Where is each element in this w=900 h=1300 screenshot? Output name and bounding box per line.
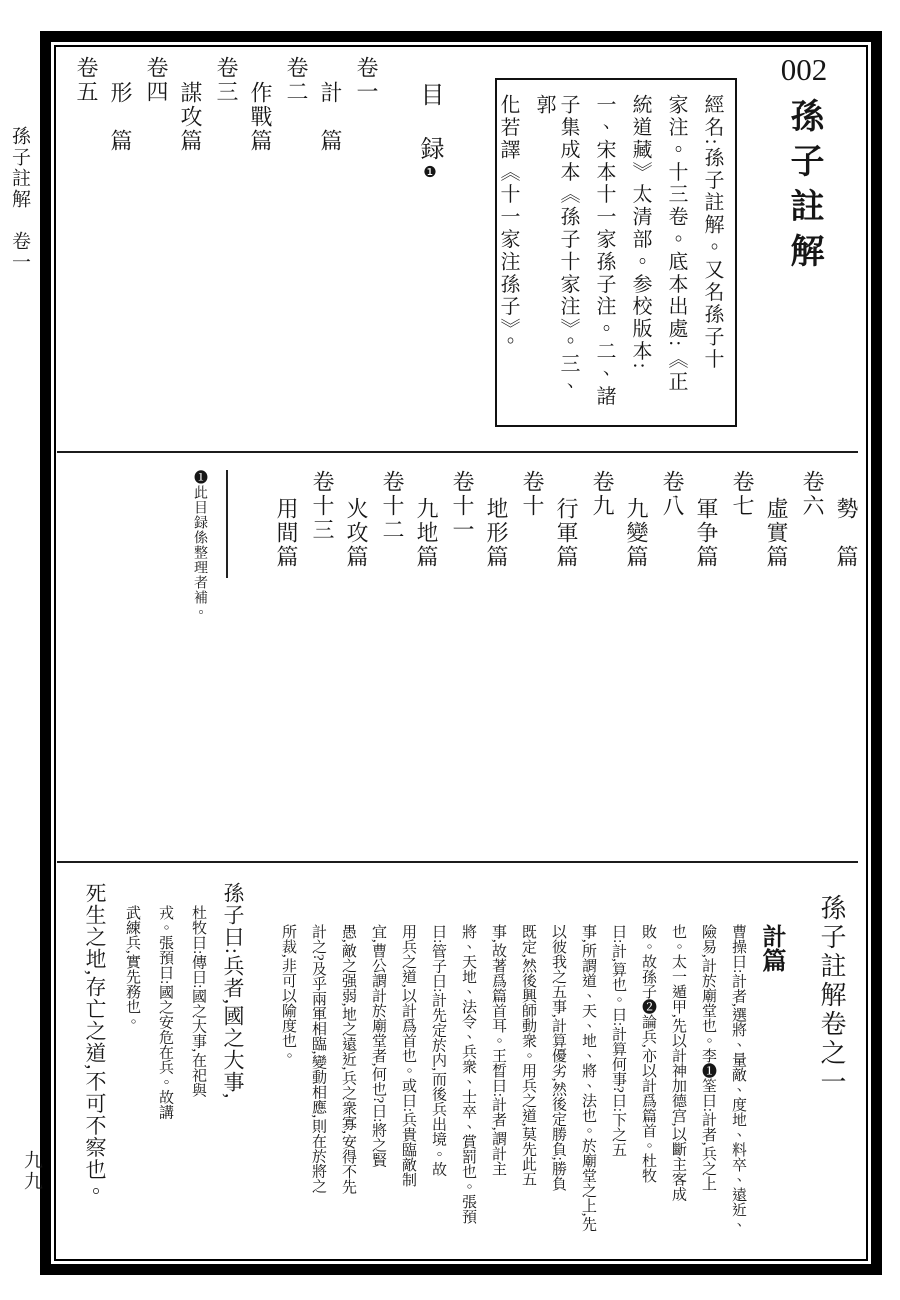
toc-title: 目 録❶ [414,48,444,444]
toc-chapter-shi: 勢 篇 [833,458,860,678]
commentary-col: 愚,敵之强弱,地之遠近,兵之衆寡,安得不先 [338,878,358,1255]
commentary-col: 計之?及乎兩軍相臨,變動相應,則在於將之 [308,878,328,1255]
toc-chapter-xing: 形 篇 [107,48,134,444]
volume-title: 孫子註解卷之一 [814,878,848,1255]
toc-volume-9: 卷九 [589,458,616,678]
commentary-col: 宜,曹公謂計於廟堂者,何也?曰:將之賢 [368,878,388,1255]
commentary-col: 曰:管子曰:計先定於内,而後兵出境。故 [428,878,448,1255]
commentary-col: 曰:計,算也。曰:計算何事?曰:下之五 [608,878,628,1255]
colophon-col: 化若譯《十一家注孫子》。 [496,94,520,412]
header-code: 002 [772,52,836,88]
toc-volume-8: 卷八 [659,458,686,678]
toc-part-1: 目 録❶ 卷一 計 篇 卷二 作戰篇 卷三 謀攻篇 卷四 形 篇 卷五 [58,48,484,444]
commentary-col: 杜牧曰:傳曰:國之大事,在祀與 [188,878,208,1255]
colophon-col: 統道藏》太清部。参校版本: [628,94,652,412]
sunzi-quote-col: 孫子曰:兵者,國之大事, [219,878,247,1255]
footnote-rule [226,470,228,578]
toc-volume-2: 卷二 [283,48,310,444]
toc-volume-3: 卷三 [213,48,240,444]
toc-volume-12: 卷十二 [379,458,406,678]
commentary-col: 以彼我之五事,計算優劣,然後定勝負;勝負 [548,878,568,1255]
toc-chapter-ji: 計 篇 [317,48,344,444]
toc-chapter-mougong: 謀攻篇 [177,48,204,444]
book-title: 孫子註解 [781,98,826,278]
toc-chapter-dixing: 地形篇 [483,458,510,678]
colophon-col: 家注。十三卷。底本出處:《正 [664,94,688,412]
toc-chapter-xingjun: 行軍篇 [553,458,580,678]
commentary-col: 將、天地、法令、兵衆、士卒、賞罰也。張預 [458,878,478,1255]
toc-footnote: ❶此目録係整理者補。 [190,458,208,678]
toc-chapter-jiubian: 九變篇 [623,458,650,678]
toc-title-note-marker: ❶ [421,163,437,181]
horizontal-rule-bottom [57,861,858,863]
toc-volume-7: 卷七 [729,458,756,678]
toc-chapter-huogong: 火攻篇 [343,458,370,678]
toc-chapter-xushi: 虛實篇 [763,458,790,678]
page-number: 九九 [18,1150,44,1192]
horizontal-rule-top [57,451,858,453]
commentary-col: 既定,然後興師動衆。用兵之道,莫先此五 [518,878,538,1255]
section-heading: 計篇 [756,878,786,1255]
toc-volume-4: 卷四 [143,48,170,444]
toc-volume-11: 卷十一 [449,458,476,678]
commentary-col: 曹操曰:計者,選將、量敵、度地、料卒、遠近、 [728,878,748,1255]
toc-chapter-yongjian: 用間篇 [273,458,300,678]
book-page: { "colors": { "paper": "#ffffff", "ink":… [0,0,900,1300]
colophon-col: 子集成本《孫子十家注》。三、郭 [532,94,580,412]
colophon-box: 經名:孫子註解。又名孫子十 家注。十三卷。底本出處:《正 統道藏》太清部。参校版… [495,78,737,427]
toc-volume-13: 卷十三 [309,458,336,678]
toc-volume-10: 卷十 [519,458,546,678]
commentary-col: 事,故著爲篇首耳。王晳曰:計者,謂計主 [488,878,508,1255]
toc-title-text: 目 録 [416,82,442,163]
commentary-col: 戎。張預曰:國之安危在兵。故講 [155,878,175,1255]
toc-chapter-junzheng: 軍争篇 [693,458,720,678]
toc-chapter-jiudi: 九地篇 [413,458,440,678]
toc-chapter-zuozhan: 作戰篇 [247,48,274,444]
toc-part-2: 勢 篇 卷六 虛實篇 卷七 軍争篇 卷八 九變篇 卷九 行軍篇 卷十 地形篇 卷… [58,458,860,678]
toc-volume-5: 卷五 [73,48,100,444]
toc-volume-6: 卷六 [799,458,826,678]
commentary-col: 敗。故孫子❷論兵,亦以計爲篇首。杜牧 [638,878,658,1255]
commentary-col: 也。太一遁甲,先以計神加德宫,以斷主客成 [668,878,688,1255]
commentary-col: 用兵之道,以計爲首也。或曰:兵貴臨敵制 [398,878,418,1255]
colophon-col: 一、宋本十一家孫子注。二、諸 [592,94,616,412]
commentary-col: 險易,計於廟堂也。李❶筌曰:計者,兵之上 [698,878,718,1255]
commentary-col: 事,所謂道、天、地、將、法也。於廟堂之上,先 [578,878,598,1255]
sunzi-quote-col: 死生之地,存亡之道,不可不察也。 [81,878,109,1255]
colophon-col: 經名:孫子註解。又名孫子十 [700,94,724,412]
spine-title: 孫子註解 卷一 [6,126,32,273]
toc-volume-1: 卷一 [353,48,380,444]
main-text: 孫子註解卷之一 計篇 曹操曰:計者,選將、量敵、度地、料卒、遠近、 險易,計於廟… [56,878,852,1255]
commentary-col: 所裁,非可以隃度也。 [278,878,298,1255]
commentary-col: 武練兵,實先務也。 [122,878,142,1255]
